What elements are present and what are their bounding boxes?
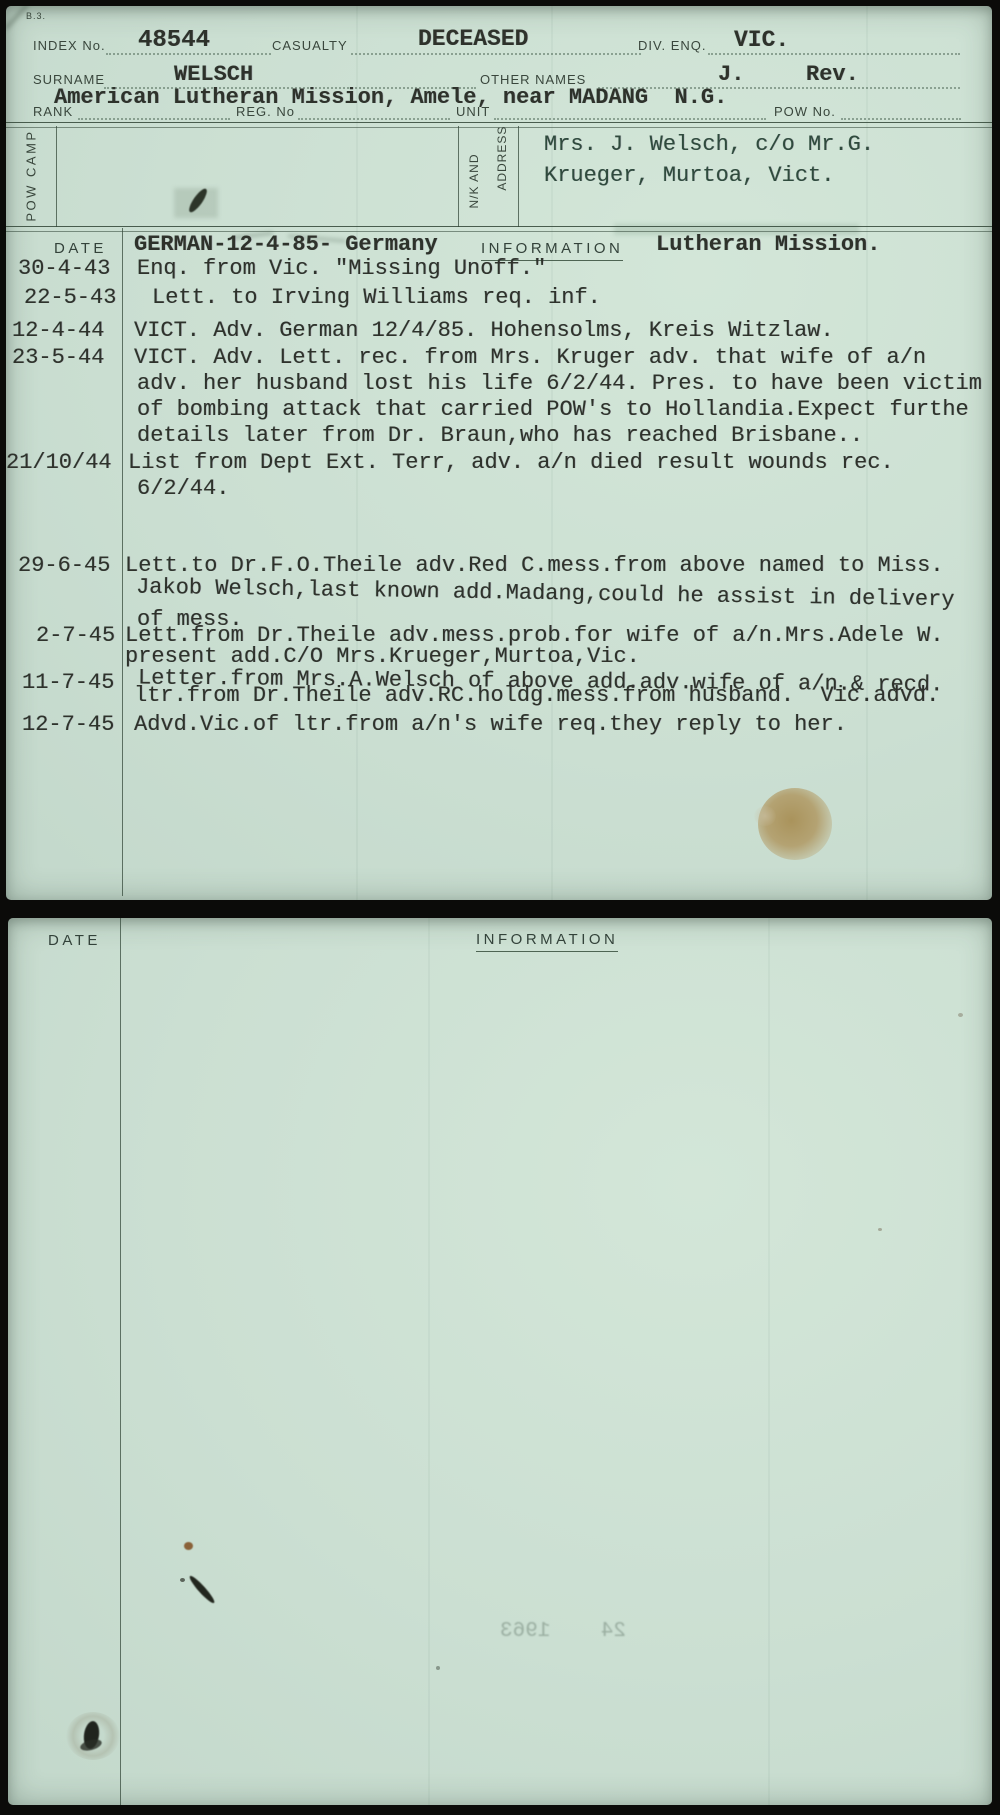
nk-address-label: N/K AND ADDRESS: [467, 133, 509, 229]
row-line: 6/2/44.: [137, 476, 229, 501]
form-code: B.3.: [26, 11, 46, 21]
scan-streak: [768, 918, 770, 1805]
row-date: 12-4-44: [12, 318, 104, 343]
unit-label: UNIT: [456, 104, 490, 119]
pow-no-label: POW No.: [774, 104, 836, 119]
div-enq-label: DIV. ENQ.: [638, 38, 706, 53]
smudge-mark: [174, 188, 218, 218]
other-names-value: J.: [718, 62, 744, 87]
row-date: 2-7-45: [36, 623, 115, 648]
row-line: Jakob Welsch,last known add.Madang,could…: [136, 575, 955, 613]
casualty-label: CASUALTY: [272, 38, 348, 53]
dotted-leader: [708, 53, 960, 55]
row-date: 29-6-45: [18, 553, 110, 578]
scan-streak: [428, 918, 430, 1805]
row-date: 22-5-43: [24, 285, 116, 310]
row-date: 23-5-44: [12, 345, 104, 370]
ink-dash: [187, 1574, 216, 1605]
date-column-header: DATE: [48, 932, 101, 949]
honorific-value: Rev.: [806, 62, 859, 87]
row-line: of bombing attack that carried POW's to …: [137, 397, 969, 422]
reg-no-label: REG. No: [236, 104, 295, 119]
row-line: VICT. Adv. German 12/4/85. Hohensolms, K…: [134, 318, 834, 343]
row-date: 11-7-45: [22, 670, 114, 695]
dotted-leader: [841, 118, 961, 120]
row-line: Lett.to Dr.F.O.Theile adv.Red C.mess.fro…: [125, 553, 944, 578]
stain-highlight: [754, 806, 776, 826]
speck: [958, 1013, 963, 1017]
index-no-label: INDEX No.: [33, 38, 106, 53]
nk-address-value-line1: Mrs. J. Welsch, c/o Mr.G.: [544, 132, 874, 157]
div-enq-value: VIC.: [734, 27, 789, 53]
rust-speck: [184, 1542, 193, 1550]
row-date: 12-7-45: [22, 712, 114, 737]
column-line: [518, 126, 519, 227]
rank-label: RANK: [33, 104, 73, 119]
information-column-header: INFORMATION: [476, 931, 618, 952]
index-card-front: B.3. INDEX No. 48544 CASUALTY DECEASED D…: [6, 6, 992, 900]
row-line: adv. her husband lost his life 6/2/44. P…: [137, 371, 982, 396]
date-column-line: [122, 228, 123, 896]
column-line: [458, 126, 459, 227]
dotted-leader: [298, 118, 450, 120]
dotted-leader: [78, 118, 230, 120]
casualty-value: DECEASED: [418, 26, 528, 52]
speck: [436, 1666, 440, 1670]
row-date: 30-4-43: [18, 256, 110, 281]
scanned-document-page: B.3. INDEX No. 48544 CASUALTY DECEASED D…: [0, 0, 1000, 1815]
row-line: Advd.Vic.of ltr.from a/n's wife req.they…: [134, 712, 847, 737]
row-date: 21/10/44: [6, 450, 112, 475]
nk-address-value-line2: Krueger, Murtoa, Vict.: [544, 163, 834, 188]
date-column-line: [120, 918, 121, 1805]
header-overtype-left: GERMAN-12-4-85- Germany: [134, 232, 438, 257]
row-line: VICT. Adv. Lett. rec. from Mrs. Kruger a…: [134, 345, 926, 370]
speck: [878, 1228, 882, 1231]
row-line: details later from Dr. Braun,who has rea…: [137, 423, 863, 448]
dotted-leader: [351, 53, 641, 55]
index-card-back: DATE INFORMATION 24 1963: [8, 918, 992, 1805]
index-no-value: 48544: [138, 27, 210, 54]
mission-address-overtype: American Lutheran Mission, Amele, near M…: [54, 85, 727, 110]
row-line: Enq. from Vic. "Missing Unoff.": [137, 256, 546, 281]
row-line: Lett. to Irving Williams req. inf.: [152, 285, 601, 310]
header-overtype-right: Lutheran Mission.: [656, 232, 880, 257]
dotted-leader: [494, 118, 766, 120]
row-line: ltr.from Dr.Theile adv.RC.holdg.mess.fro…: [134, 683, 939, 708]
bleed-through-text: 24 1963: [500, 1620, 626, 1643]
column-line: [56, 126, 57, 227]
date-column-header: DATE: [54, 240, 107, 257]
ink-speck: [180, 1578, 185, 1582]
surname-value: WELSCH: [174, 62, 253, 87]
pow-camp-label: POW CAMP: [24, 121, 39, 231]
row-line: List from Dept Ext. Terr, adv. a/n died …: [128, 450, 894, 475]
